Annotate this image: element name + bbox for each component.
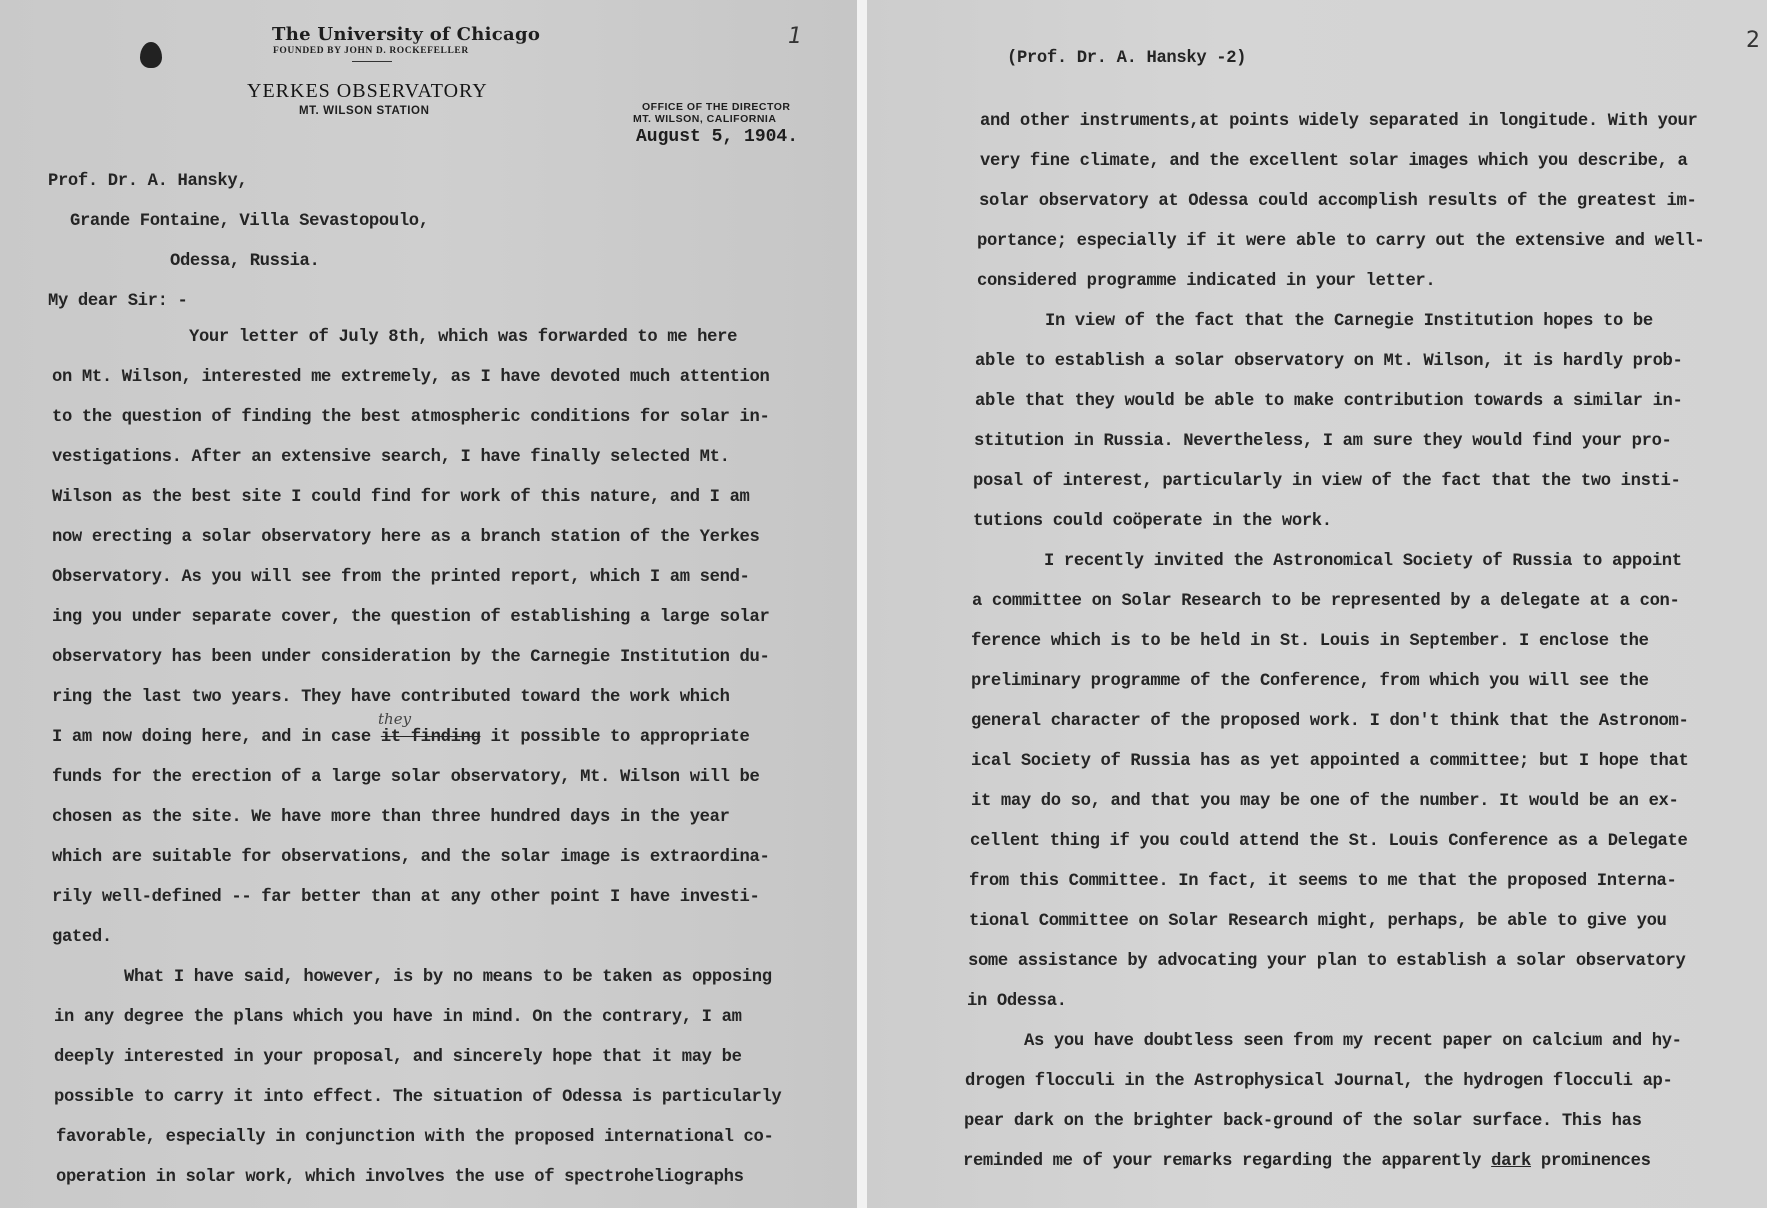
- body-line: favorable, especially in conjunction wit…: [56, 1128, 773, 1147]
- office-line-2: MT. WILSON, CALIFORNIA: [633, 113, 776, 125]
- body-line: funds for the erection of a large solar …: [52, 768, 759, 787]
- body-line: ference which is to be held in St. Louis…: [971, 632, 1649, 651]
- body-line-last: reminded me of your remarks regarding th…: [963, 1152, 1651, 1171]
- handwritten-insertion: they: [378, 710, 411, 728]
- body-line: As you have doubtless seen from my recen…: [1024, 1032, 1682, 1051]
- body-line: chosen as the site. We have more than th…: [52, 808, 730, 827]
- body-line-text: reminded me of your remarks regarding th…: [963, 1152, 1491, 1171]
- body-line: cellent thing if you could attend the St…: [970, 832, 1687, 851]
- letterhead-observatory: YERKES OBSERVATORY: [247, 80, 488, 103]
- body-line: What I have said, however, is by no mean…: [124, 968, 772, 987]
- body-line: Observatory. As you will see from the pr…: [52, 568, 750, 587]
- body-line: pear dark on the brighter back-ground of…: [964, 1112, 1642, 1131]
- body-line: In view of the fact that the Carnegie In…: [1045, 312, 1653, 331]
- body-line: considered programme indicated in your l…: [977, 272, 1435, 291]
- body-line: rily well-defined -- far better than at …: [52, 888, 759, 907]
- underlined-word: dark: [1491, 1152, 1531, 1171]
- body-line: possible to carry it into effect. The si…: [54, 1088, 781, 1107]
- body-line-text: it possible to appropriate: [480, 728, 749, 747]
- body-line-correction: I am now doing here, and in case it find…: [52, 728, 750, 747]
- letter-page-2: (Prof. Dr. A. Hansky -2) 2 and other ins…: [867, 0, 1767, 1208]
- body-line: posal of interest, particularly in view …: [973, 472, 1680, 491]
- body-line: gated.: [52, 928, 112, 947]
- page-header: (Prof. Dr. A. Hansky -2): [1007, 49, 1246, 68]
- address-line: Prof. Dr. A. Hansky,: [48, 172, 247, 191]
- letter-page-1: The University of Chicago FOUNDED BY JOH…: [0, 0, 857, 1208]
- body-line: now erecting a solar observatory here as…: [52, 528, 759, 547]
- body-line: operation in solar work, which involves …: [56, 1168, 744, 1187]
- body-line: general character of the proposed work. …: [971, 712, 1688, 731]
- body-line: observatory has been under consideration…: [52, 648, 769, 667]
- body-line: from this Committee. In fact, it seems t…: [969, 872, 1676, 891]
- letterhead-university: The University of Chicago: [272, 24, 540, 45]
- body-line-text: I am now doing here, and in case: [52, 728, 381, 747]
- struck-text: it finding: [381, 728, 481, 747]
- page-number: 2: [1746, 28, 1760, 53]
- body-line: solar observatory at Odessa could accomp…: [979, 192, 1696, 211]
- body-line: and other instruments,at points widely s…: [980, 112, 1697, 131]
- page-divider: [857, 0, 867, 1208]
- body-line-text: prominences: [1531, 1152, 1651, 1171]
- body-line: vestigations. After an extensive search,…: [52, 448, 730, 467]
- letter-date: August 5, 1904.: [636, 127, 798, 147]
- ink-blot-mark: [140, 42, 162, 68]
- letterhead-rule: [352, 61, 392, 62]
- body-line: able to establish a solar observatory on…: [975, 352, 1682, 371]
- salutation: My dear Sir: -: [48, 292, 188, 311]
- body-line: some assistance by advocating your plan …: [968, 952, 1685, 971]
- body-line: a committee on Solar Research to be repr…: [972, 592, 1679, 611]
- body-line: stitution in Russia. Nevertheless, I am …: [974, 432, 1672, 451]
- body-line: very fine climate, and the excellent sol…: [980, 152, 1687, 171]
- body-line: portance; especially if it were able to …: [977, 232, 1704, 251]
- address-line: Odessa, Russia.: [170, 252, 319, 271]
- body-line: Wilson as the best site I could find for…: [52, 488, 750, 507]
- office-line-1: OFFICE OF THE DIRECTOR: [642, 101, 790, 113]
- body-line: preliminary programme of the Conference,…: [971, 672, 1649, 691]
- body-line: which are suitable for observations, and…: [52, 848, 769, 867]
- letterhead-founded: FOUNDED BY JOHN D. ROCKEFELLER: [273, 46, 469, 56]
- body-line: deeply interested in your proposal, and …: [54, 1048, 742, 1067]
- body-line: Your letter of July 8th, which was forwa…: [189, 328, 737, 347]
- body-line: in Odessa.: [967, 992, 1067, 1011]
- body-line: able that they would be able to make con…: [975, 392, 1682, 411]
- letterhead-station: MT. WILSON STATION: [299, 105, 429, 117]
- body-line: tutions could coöperate in the work.: [973, 512, 1332, 531]
- body-line: ical Society of Russia has as yet appoin…: [971, 752, 1688, 771]
- body-line: ing you under separate cover, the questi…: [52, 608, 769, 627]
- body-line: in any degree the plans which you have i…: [54, 1008, 742, 1027]
- page-number: 1: [788, 24, 802, 49]
- body-line: on Mt. Wilson, interested me extremely, …: [52, 368, 769, 387]
- address-line: Grande Fontaine, Villa Sevastopoulo,: [70, 212, 429, 231]
- body-line: I recently invited the Astronomical Soci…: [1044, 552, 1682, 571]
- body-line: it may do so, and that you may be one of…: [971, 792, 1678, 811]
- body-line: tional Committee on Solar Research might…: [969, 912, 1667, 931]
- body-line: to the question of finding the best atmo…: [52, 408, 769, 427]
- body-line: ring the last two years. They have contr…: [52, 688, 730, 707]
- body-line: drogen flocculi in the Astrophysical Jou…: [965, 1072, 1672, 1091]
